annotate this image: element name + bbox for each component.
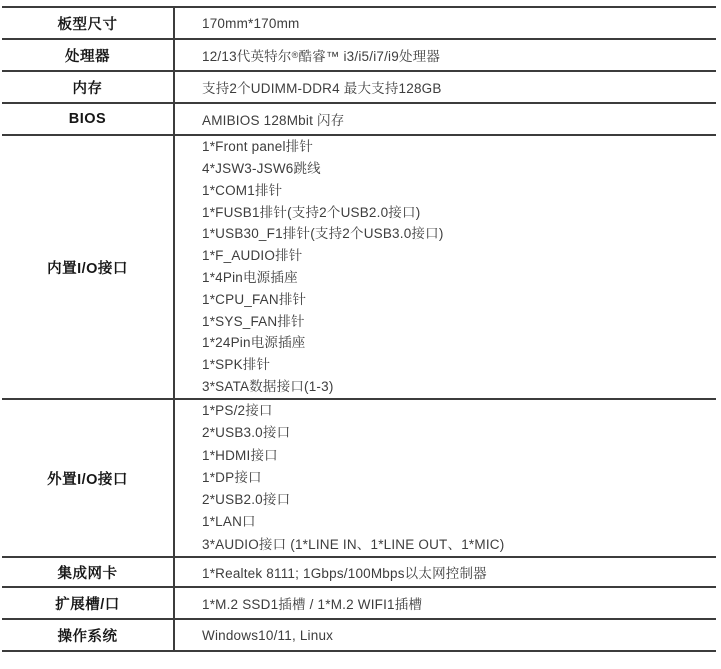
external-io-line: 1*LAN口 bbox=[202, 511, 256, 533]
table-row-expansion: 扩展槽/口 1*M.2 SSD1插槽 / 1*M.2 WIFI1插槽 bbox=[2, 588, 716, 620]
row-value-board-size: 170mm*170mm bbox=[175, 8, 716, 38]
table-row-bios: BIOS AMIBIOS 128Mbit 闪存 bbox=[2, 104, 716, 136]
internal-io-line: 1*FUSB1排针(支持2个USB2.0接口) bbox=[202, 202, 420, 224]
internal-io-line: 1*4Pin电源插座 bbox=[202, 267, 298, 289]
external-io-line: 3*AUDIO接口 (1*LINE IN、1*LINE OUT、1*MIC) bbox=[202, 534, 504, 556]
internal-io-line: 1*CPU_FAN排针 bbox=[202, 289, 306, 311]
row-label-board-size: 板型尺寸 bbox=[2, 8, 175, 38]
internal-io-line: 1*SPK排针 bbox=[202, 354, 270, 376]
table-row-cpu: 处理器 12/13代英特尔®酷睿™ i3/i5/i7/i9处理器 bbox=[2, 40, 716, 72]
row-value-external-io: 1*PS/2接口 2*USB3.0接口 1*HDMI接口 1*DP接口 2*US… bbox=[175, 400, 716, 556]
internal-io-line: 1*SYS_FAN排针 bbox=[202, 311, 305, 333]
internal-io-line: 4*JSW3-JSW6跳线 bbox=[202, 158, 321, 180]
row-label-external-io: 外置I/O接口 bbox=[2, 400, 175, 556]
table-row-board-size: 板型尺寸 170mm*170mm bbox=[2, 8, 716, 40]
internal-io-line: 1*Front panel排针 bbox=[202, 136, 313, 158]
internal-io-line: 3*SATA数据接口(1-3) bbox=[202, 376, 334, 398]
row-value-internal-io: 1*Front panel排针 4*JSW3-JSW6跳线 1*COM1排针 1… bbox=[175, 136, 716, 398]
row-label-memory: 内存 bbox=[2, 72, 175, 102]
spec-table: 板型尺寸 170mm*170mm 处理器 12/13代英特尔®酷睿™ i3/i5… bbox=[2, 6, 716, 652]
row-value-cpu: 12/13代英特尔®酷睿™ i3/i5/i7/i9处理器 bbox=[175, 40, 716, 70]
row-value-os: Windows10/11, Linux bbox=[175, 620, 716, 650]
row-value-expansion: 1*M.2 SSD1插槽 / 1*M.2 WIFI1插槽 bbox=[175, 588, 716, 618]
internal-io-line: 1*F_AUDIO排针 bbox=[202, 245, 302, 267]
external-io-line: 1*DP接口 bbox=[202, 467, 262, 489]
internal-io-line: 1*24Pin电源插座 bbox=[202, 332, 306, 354]
row-label-internal-io: 内置I/O接口 bbox=[2, 136, 175, 398]
cpu-value-suffix: 酷睿™ i3/i5/i7/i9处理器 bbox=[298, 45, 440, 65]
table-row-external-io: 外置I/O接口 1*PS/2接口 2*USB3.0接口 1*HDMI接口 1*D… bbox=[2, 400, 716, 558]
table-row-lan: 集成网卡 1*Realtek 8111; 1Gbps/100Mbps以太网控制器 bbox=[2, 558, 716, 588]
external-io-line: 2*USB3.0接口 bbox=[202, 422, 290, 444]
cpu-value-prefix: 12/13代英特尔 bbox=[202, 45, 292, 65]
row-label-os: 操作系统 bbox=[2, 620, 175, 650]
external-io-line: 2*USB2.0接口 bbox=[202, 489, 290, 511]
table-row-os: 操作系统 Windows10/11, Linux bbox=[2, 620, 716, 652]
external-io-line: 1*PS/2接口 bbox=[202, 400, 273, 422]
external-io-line: 1*HDMI接口 bbox=[202, 445, 278, 467]
row-label-cpu: 处理器 bbox=[2, 40, 175, 70]
table-row-internal-io: 内置I/O接口 1*Front panel排针 4*JSW3-JSW6跳线 1*… bbox=[2, 136, 716, 400]
row-label-expansion: 扩展槽/口 bbox=[2, 588, 175, 618]
row-value-memory: 支持2个UDIMM-DDR4 最大支持128GB bbox=[175, 72, 716, 102]
row-label-bios: BIOS bbox=[2, 104, 175, 134]
row-value-lan: 1*Realtek 8111; 1Gbps/100Mbps以太网控制器 bbox=[175, 558, 716, 586]
table-row-memory: 内存 支持2个UDIMM-DDR4 最大支持128GB bbox=[2, 72, 716, 104]
row-label-lan: 集成网卡 bbox=[2, 558, 175, 586]
internal-io-line: 1*COM1排针 bbox=[202, 180, 282, 202]
internal-io-line: 1*USB30_F1排针(支持2个USB3.0接口) bbox=[202, 223, 444, 245]
row-value-bios: AMIBIOS 128Mbit 闪存 bbox=[175, 104, 716, 134]
